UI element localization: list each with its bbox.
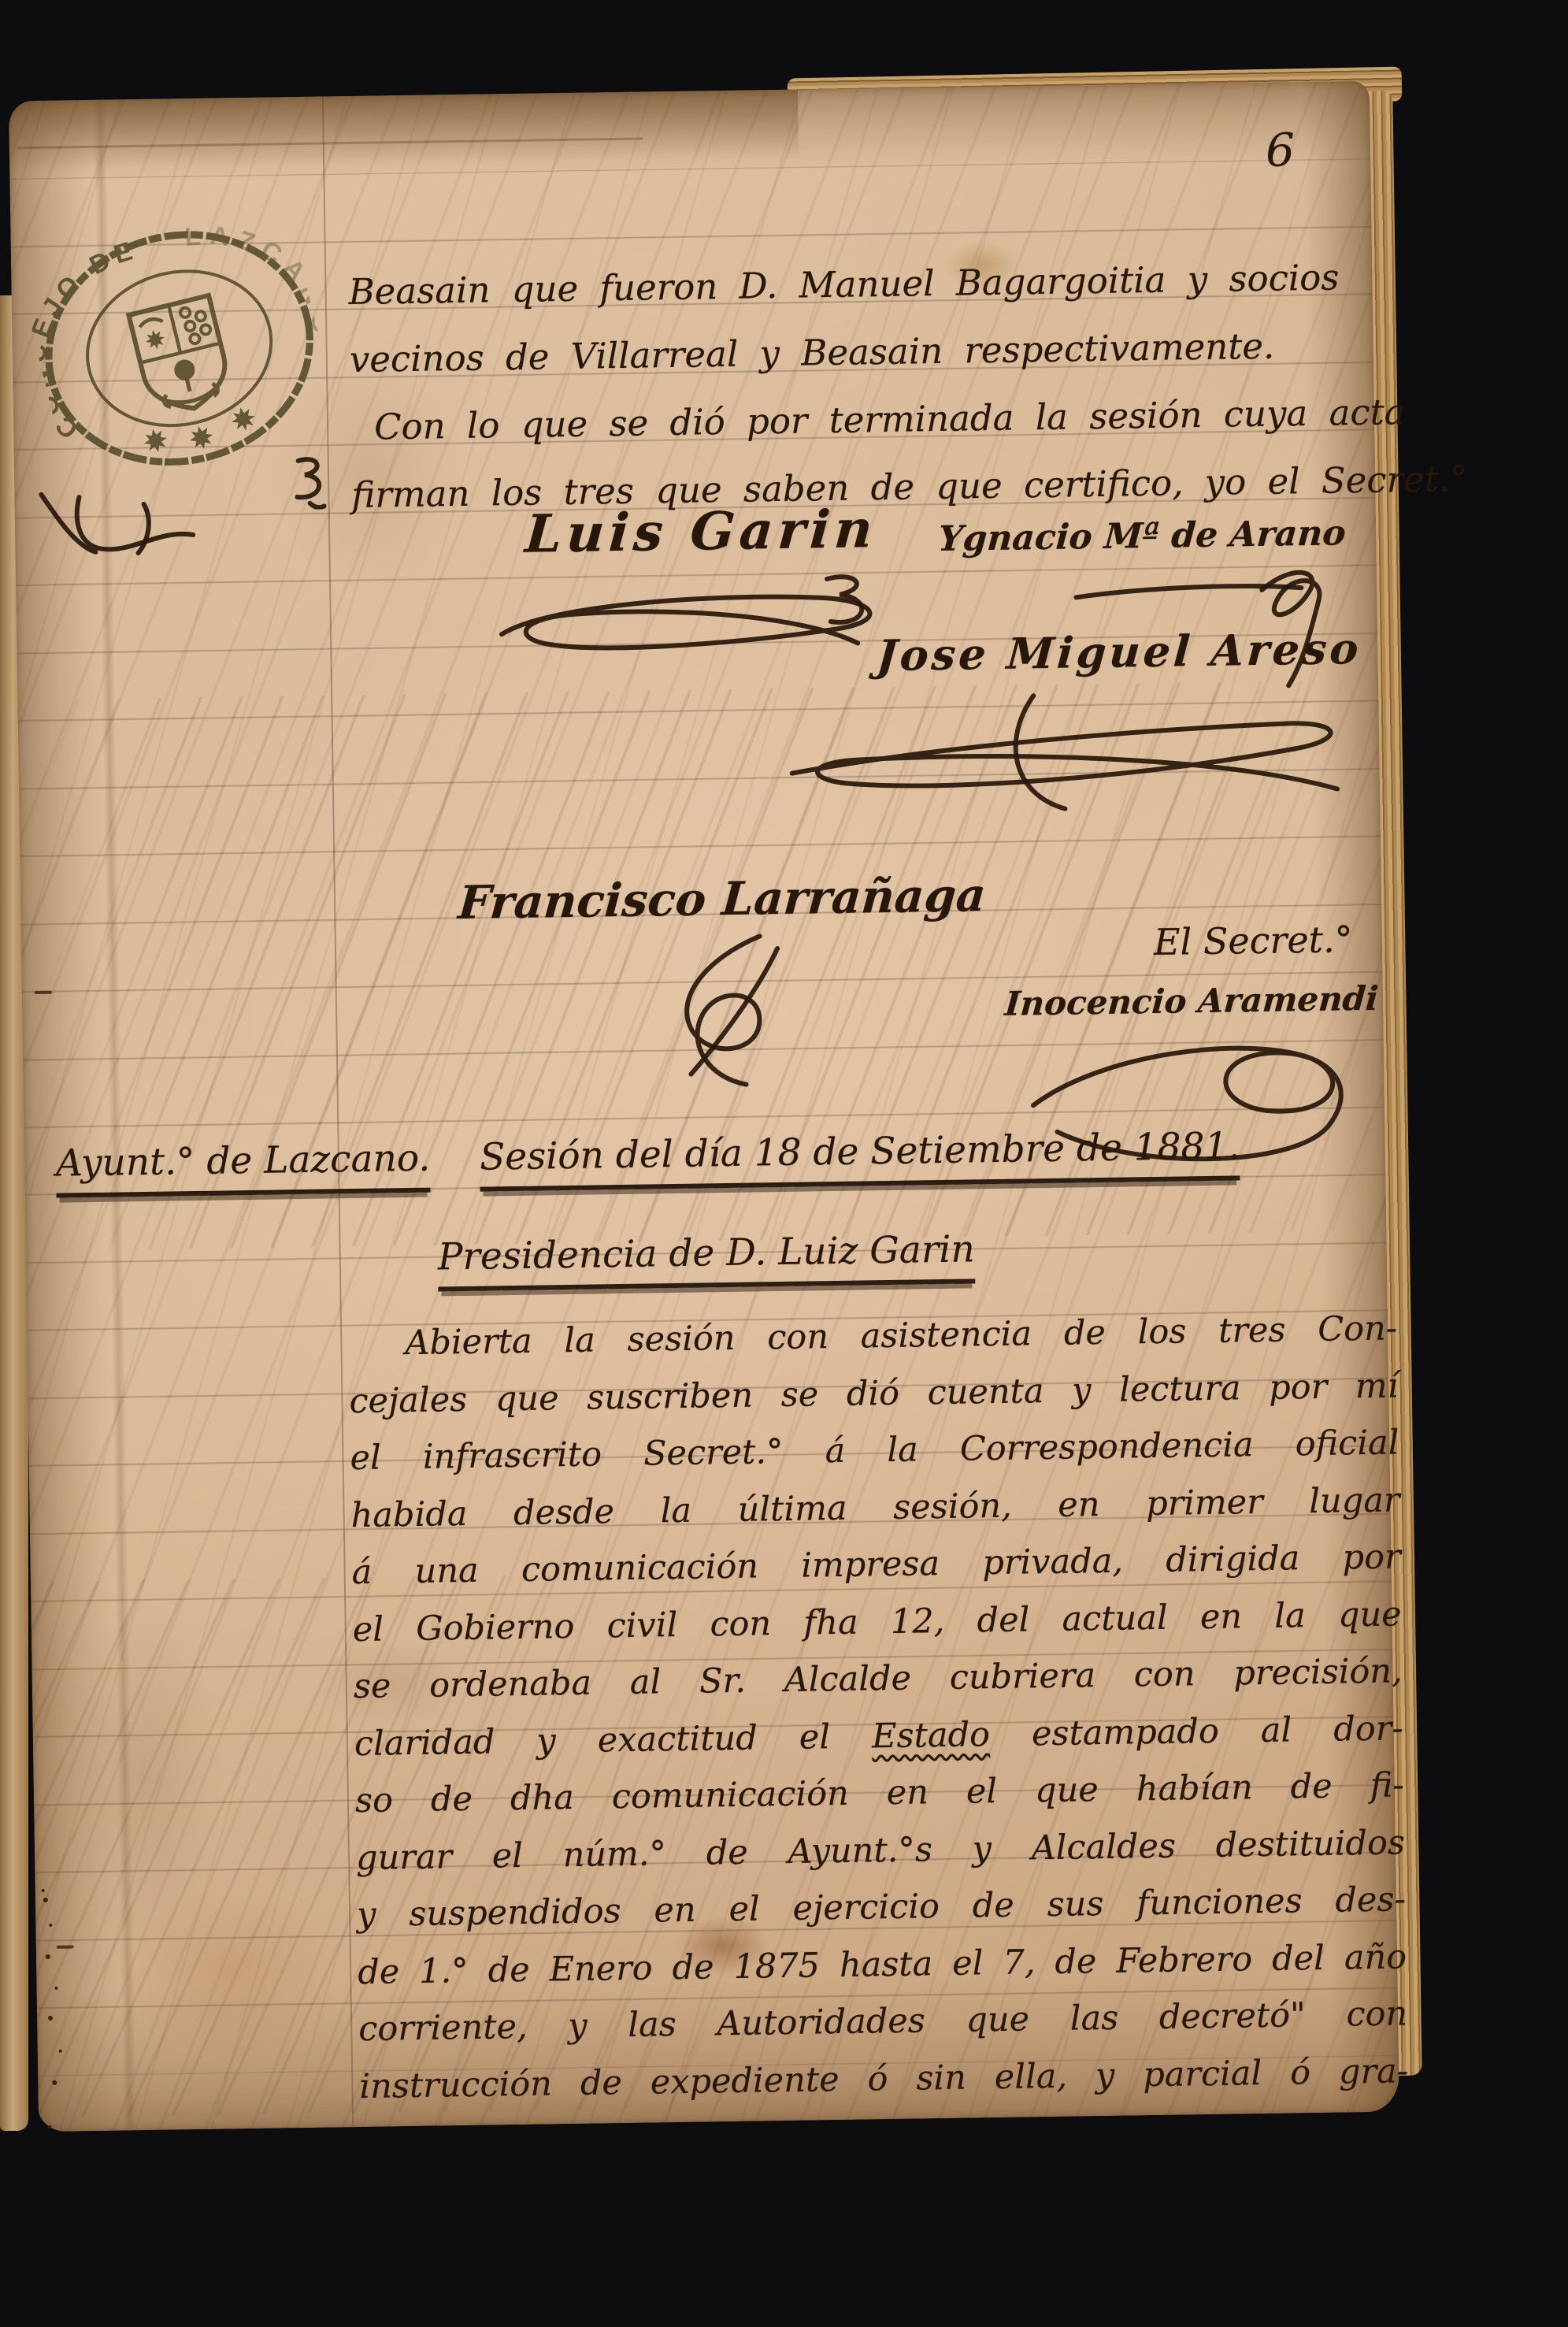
session-municipality: Ayunt.° de Lazcano. (56, 1137, 431, 1198)
page-number: 6 (1266, 123, 1296, 177)
signature-areso: Jose Miguel Areso (875, 623, 1363, 681)
margin-mark (286, 451, 334, 510)
body-paragraph: Abierta la sesión con asistencia de los … (348, 1300, 1409, 2115)
signature-rubric (642, 926, 825, 1101)
session-date: Sesión del día 18 de Setiembre de 1881. (480, 1124, 1240, 1191)
line-text: estampado al dor- (990, 1709, 1404, 1754)
line-text: claridad y exactitud el (354, 1716, 873, 1764)
signature-rubric (1009, 1025, 1381, 1212)
presidency-title: Presidencia de D. Luiz Garin (437, 1227, 975, 1291)
signature-garin: Luis Garin (523, 498, 879, 565)
secretary-role-label: El Secret.° (1154, 918, 1354, 963)
manuscript-page: 6 CONCEJO DE LAZCANO (9, 81, 1399, 2132)
margin-flourish (27, 475, 209, 564)
signature-arano: Ygnacio Mª de Arano (936, 513, 1347, 559)
closing-paragraph: Beasain que fueron D. Manuel Bagargoitia… (348, 243, 1384, 529)
signature-larranaga: Francisco Larrañaga (457, 868, 988, 930)
margin-dash-mark (57, 1945, 74, 1948)
signature-rubric (487, 567, 898, 676)
estado-underlined-word: Estado (872, 1715, 991, 1756)
scanned-manuscript-photo: 6 CONCEJO DE LAZCANO (0, 0, 1568, 2327)
ink-specks (42, 1889, 45, 1892)
signature-rubric (772, 678, 1373, 876)
margin-dash-mark (35, 991, 52, 994)
signature-aramendi: Inocencio Aramendi (1003, 979, 1380, 1023)
stamp-shield-icon (128, 295, 234, 418)
